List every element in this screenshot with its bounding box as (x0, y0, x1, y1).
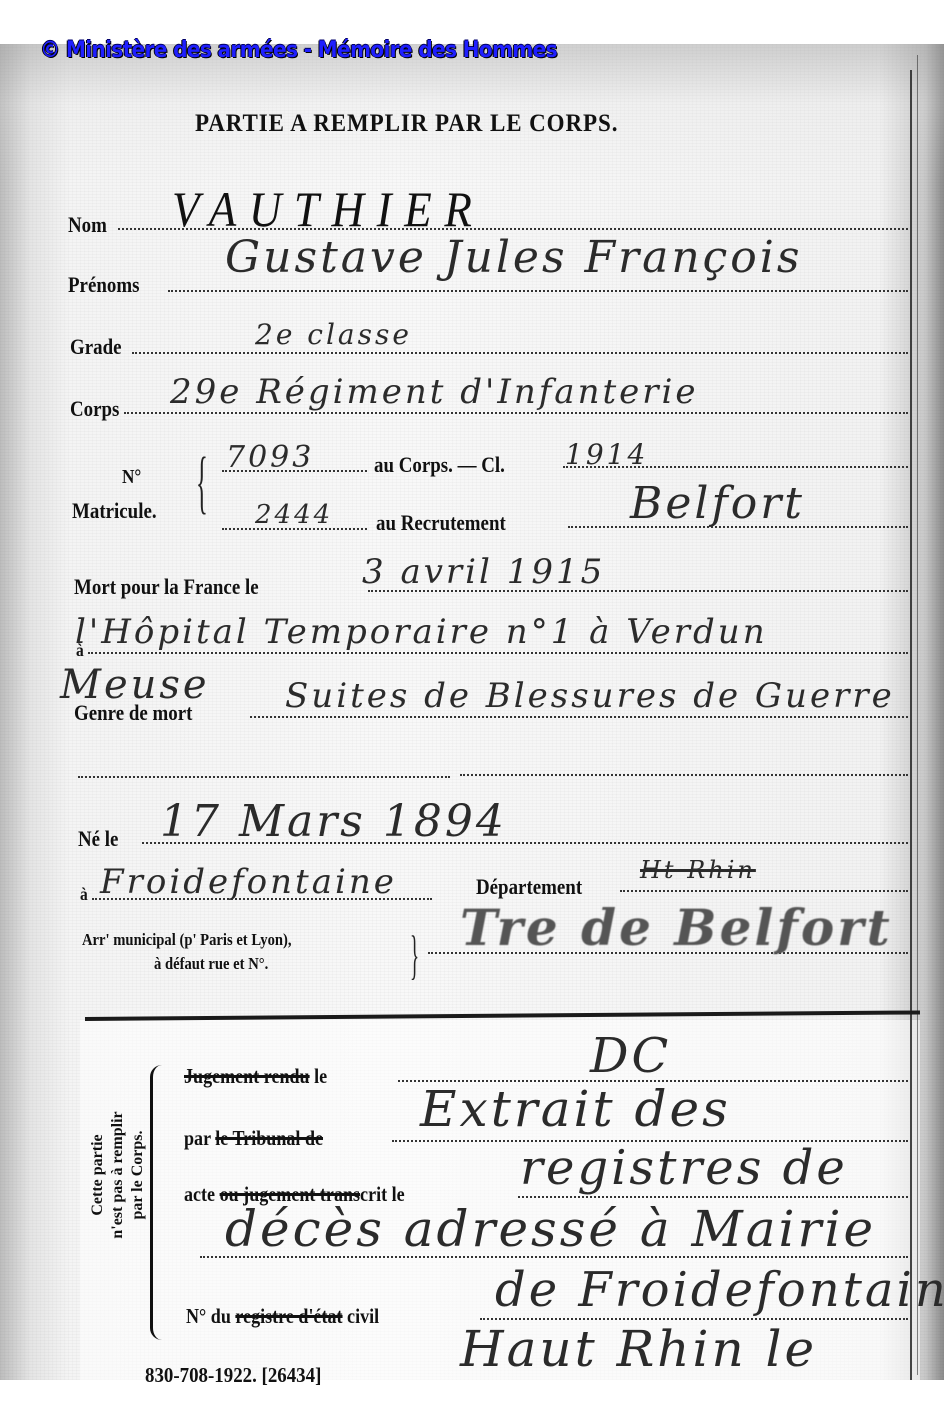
value-genre-de-mort: Suites de Blessures de Guerre (285, 676, 895, 716)
value-corps: 29e Régiment d'Infanterie (170, 372, 699, 412)
field-line-genre-de-mort (250, 716, 908, 718)
copyright-watermark: © Ministère des armées - Mémoire des Hom… (40, 38, 557, 63)
value-prenoms: Gustave Jules François (225, 232, 802, 283)
value-date-naissance: 17 Mars 1894 (160, 796, 507, 847)
value-matricule-recrutement: 2444 (255, 500, 333, 530)
side-note-brace (150, 1065, 169, 1340)
label-prenoms: Prénoms (68, 272, 139, 298)
value-classe: 1914 (565, 438, 648, 471)
label-registre: N° du registre d'état civil (186, 1304, 379, 1329)
field-line-departement (620, 890, 908, 892)
value-grade: 2e classe (255, 318, 412, 351)
value-recrutement: Belfort (630, 478, 805, 529)
field-line-lieu-deces (88, 652, 908, 654)
label-ne-le: Né le (78, 826, 118, 852)
label-jugement-struck: Jugement rendu (184, 1064, 310, 1088)
label-acte-pre: acte (184, 1182, 220, 1206)
field-line-extra-1 (78, 776, 450, 778)
field-line-acte (518, 1196, 908, 1198)
annotation-dc: DC (590, 1028, 671, 1084)
value-transcription-line1: Extrait des (420, 1080, 731, 1138)
value-nom: VAUTHIER (172, 180, 484, 238)
label-a-lieu-naissance: à (80, 884, 88, 905)
value-departement-struck: Ht Rhin (640, 856, 756, 884)
value-matricule-corps: 7093 (226, 440, 314, 475)
value-lieu-deces-line1: l'Hôpital Temporaire n°1 à Verdun (75, 612, 768, 652)
label-registre-rest: civil (343, 1304, 380, 1328)
value-transcription-line3: décès adressé à Mairie (225, 1200, 876, 1258)
label-arr-municipal-line2: à défaut rue et N°. (154, 954, 268, 974)
label-matricule: Matricule. (72, 498, 157, 524)
value-transcription-line2: registres de (520, 1140, 848, 1196)
label-jugement: Jugement rendu le (184, 1064, 327, 1089)
side-note-line2: n'est pas à remplir (108, 1060, 128, 1290)
value-departement: Tre de Belfort (460, 898, 893, 957)
field-line-prenoms (168, 290, 908, 292)
value-lieu-naissance: Froidefontaine (100, 862, 397, 902)
value-date-deces: 3 avril 1915 (362, 552, 605, 592)
label-tribunal-struck: le Tribunal de (215, 1126, 323, 1150)
right-margin-rule (910, 70, 912, 1380)
label-arr-municipal-line1: Arr' municipal (p' Paris et Lyon), (82, 930, 292, 950)
form-print-code: 830-708-1922. [26434] (145, 1363, 321, 1388)
label-registre-struck: registre d'état (235, 1304, 342, 1328)
label-au-corps: au Corps. — Cl. (374, 452, 505, 478)
arr-municipal-brace: } (410, 928, 419, 982)
right-margin-rule-outer (917, 55, 918, 1375)
label-tribunal: par le Tribunal de (184, 1126, 323, 1151)
label-no: N° (122, 466, 141, 489)
value-transcription-line4: de Froidefontaine (495, 1262, 944, 1318)
field-line-grade (132, 352, 908, 354)
label-genre-de-mort: Genre de mort (74, 700, 192, 726)
side-note-line3: par le Corps. (128, 1060, 148, 1290)
form-title: PARTIE A REMPLIR PAR LE CORPS. (195, 110, 618, 138)
field-line-extra-2 (460, 774, 908, 776)
label-mort-pour-la-france: Mort pour la France le (74, 574, 259, 600)
side-note: Cette partie n'est pas à remplir par le … (88, 1060, 148, 1290)
field-line-corps (124, 412, 908, 414)
label-grade: Grade (70, 334, 122, 360)
label-nom: Nom (68, 212, 107, 238)
label-jugement-rest: le (310, 1064, 328, 1088)
label-corps: Corps (70, 396, 119, 422)
label-au-recrutement: au Recrutement (376, 510, 506, 536)
label-departement: Département (476, 874, 582, 900)
side-note-line1: Cette partie (88, 1060, 108, 1290)
matricule-brace: { (196, 448, 208, 518)
label-registre-pre: N° du (186, 1304, 235, 1328)
label-par: par (184, 1126, 215, 1150)
value-transcription-line5: Haut Rhin le (460, 1320, 817, 1378)
